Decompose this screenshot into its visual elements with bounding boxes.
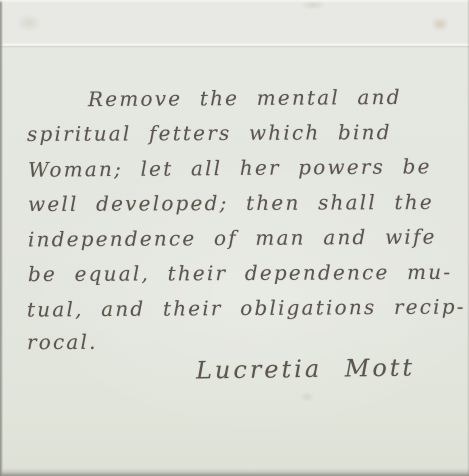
signature: Lucretia Mott <box>196 353 415 384</box>
handwritten-line: Remove the mental and <box>88 85 402 111</box>
handwritten-line: spiritual fetters which bind <box>27 120 392 146</box>
handwritten-line: independence of man and wife <box>28 225 437 252</box>
photo-edge <box>0 0 3 476</box>
stain-mark <box>300 392 314 402</box>
manuscript-photo: Remove the mental and spiritual fetters … <box>0 0 469 476</box>
handwritten-line: tual, and their obligations recip- <box>27 294 466 321</box>
stain-mark <box>430 16 450 32</box>
stain-mark <box>16 14 42 32</box>
handwritten-line: well developed; then shall the <box>28 190 434 216</box>
photo-edge <box>0 472 469 476</box>
photo-edge <box>0 0 469 3</box>
handwritten-line: be equal, their dependence mu- <box>28 260 452 286</box>
handwritten-line: Woman; let all her powers be <box>28 154 432 182</box>
handwritten-line: rocal. <box>27 330 98 354</box>
fold-crease <box>0 43 469 48</box>
